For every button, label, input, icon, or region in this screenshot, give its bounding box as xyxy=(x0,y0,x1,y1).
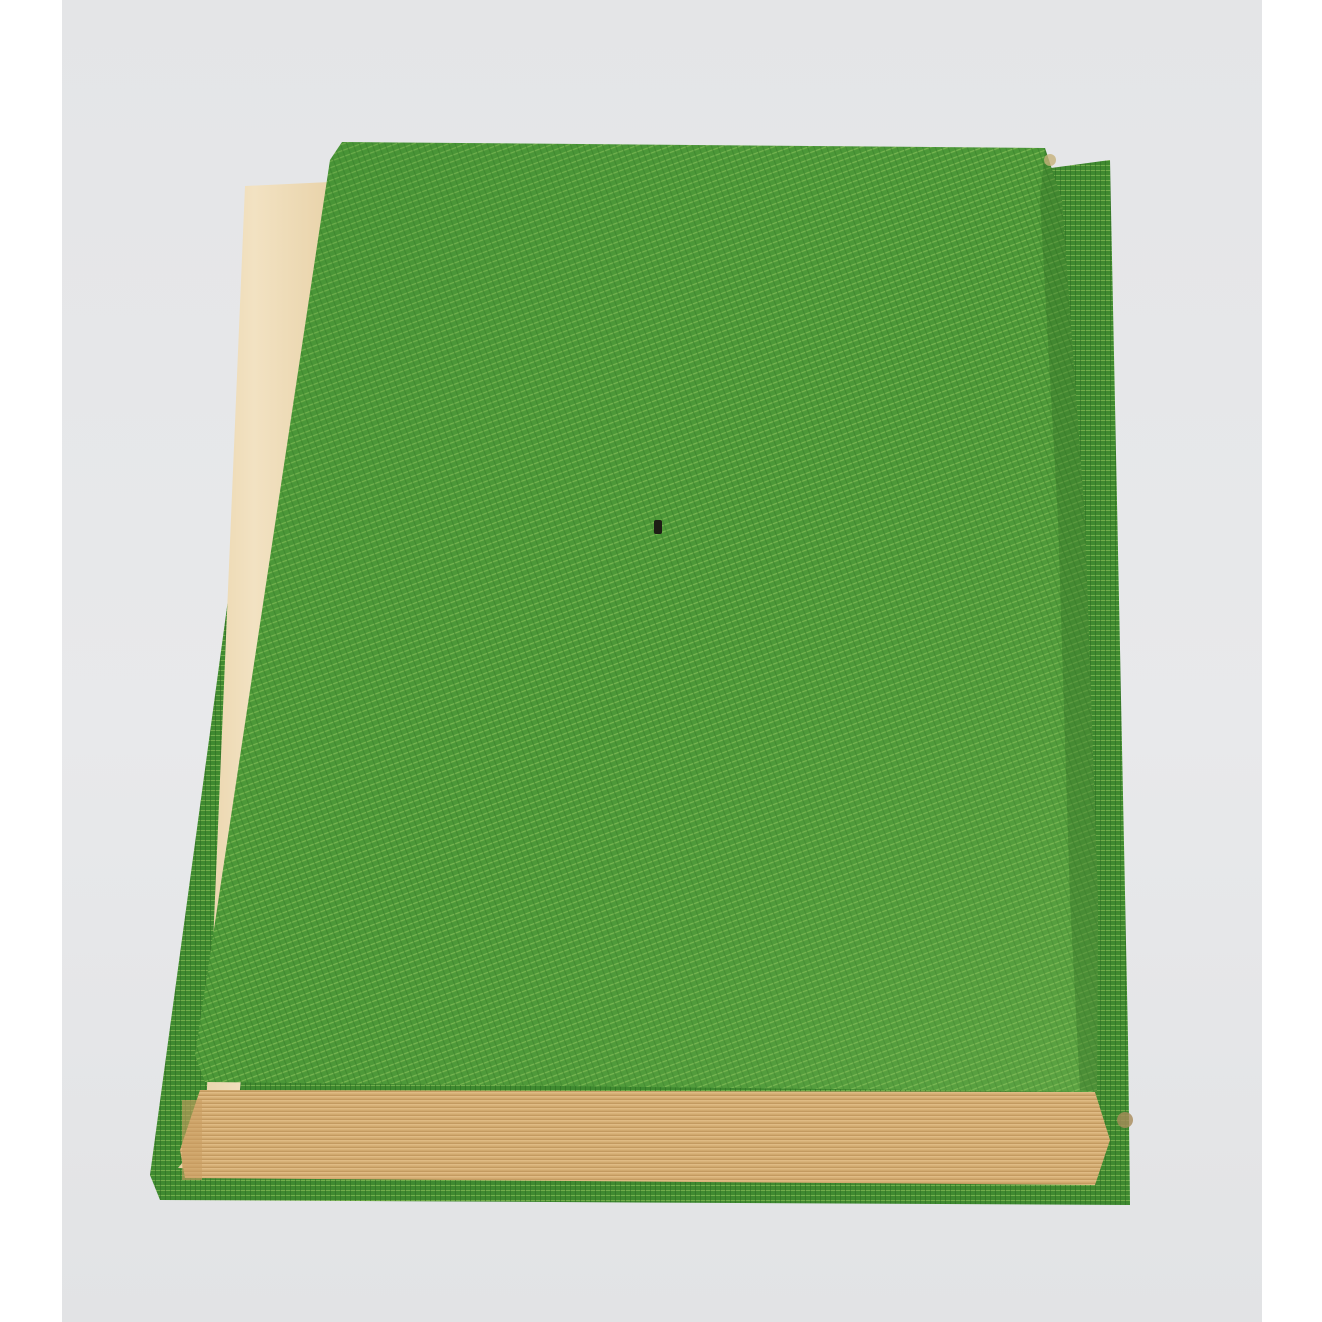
cover-spot xyxy=(654,520,662,534)
book-illustration xyxy=(0,0,1322,1322)
photo: Vintage green cloth-bound hardcover book… xyxy=(0,0,1322,1322)
page-block xyxy=(180,1090,1110,1185)
page-corner-shadow xyxy=(182,1100,202,1180)
frayed-bottom-corner xyxy=(1117,1112,1133,1128)
frayed-top-corner xyxy=(1044,154,1056,166)
